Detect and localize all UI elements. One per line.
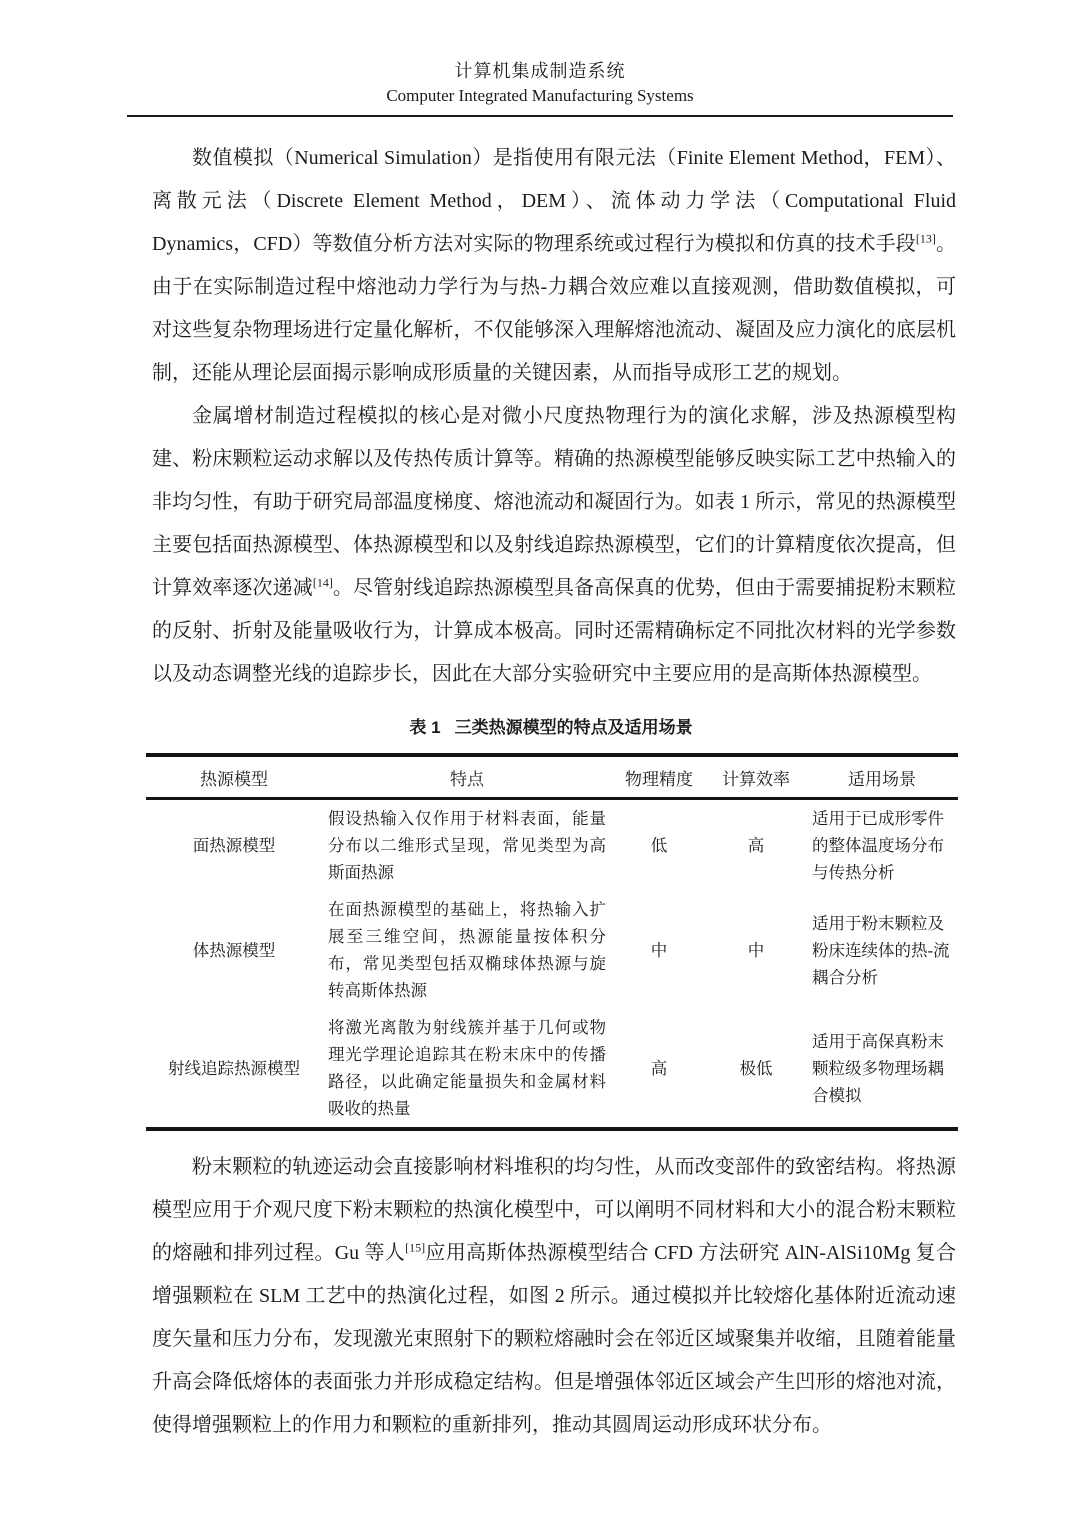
table-caption-title: 三类热源模型的特点及适用场景: [455, 718, 693, 737]
column-header-feature: 特点: [322, 755, 612, 799]
journal-title-en: Computer Integrated Manufacturing System…: [0, 84, 1080, 108]
journal-title-zh: 计算机集成制造系统: [0, 58, 1080, 84]
column-header-model: 热源模型: [146, 755, 322, 799]
document-page: 计算机集成制造系统 Computer Integrated Manufactur…: [0, 0, 1080, 1527]
table-caption-label: 表 1: [409, 718, 440, 737]
cell-accuracy: 中: [612, 891, 706, 1009]
paragraph-1: 数值模拟（Numerical Simulation）是指使用有限元法（Finit…: [152, 137, 956, 395]
cell-feature: 将激光离散为射线簇并基于几何或物理光学理论追踪其在粉末床中的传播路径，以此确定能…: [322, 1009, 612, 1129]
cell-model: 射线追踪热源模型: [146, 1009, 322, 1129]
paragraph-text: 。由于在实际制造过程中熔池动力学行为与热-力耦合效应难以直接观测，借助数值模拟，…: [152, 233, 956, 384]
table-row: 体热源模型 在面热源模型的基础上，将热输入扩展至三维空间，热源能量按体积分布，常…: [146, 891, 958, 1009]
cell-scenario: 适用于已成形零件的整体温度场分布与传热分析: [806, 799, 958, 892]
header-rule: [127, 115, 953, 117]
paragraph-3: 粉末颗粒的轨迹运动会直接影响材料堆积的均匀性，从而改变部件的致密结构。将热源模型…: [152, 1146, 956, 1447]
column-header-efficiency: 计算效率: [706, 755, 806, 799]
cell-feature: 假设热输入仅作用于材料表面，能量分布以二维形式呈现，常见类型为高斯面热源: [322, 799, 612, 892]
paragraph-2: 金属增材制造过程模拟的核心是对微小尺度热物理行为的演化求解，涉及热源模型构建、粉…: [152, 395, 956, 696]
page-header: 计算机集成制造系统 Computer Integrated Manufactur…: [0, 58, 1080, 117]
cell-accuracy: 高: [612, 1009, 706, 1129]
citation-superscript: [15]: [405, 1240, 425, 1254]
paragraph-text: 金属增材制造过程模拟的核心是对微小尺度热物理行为的演化求解，涉及热源模型构建、粉…: [152, 405, 956, 599]
citation-superscript: [13]: [916, 231, 936, 245]
page-content: 数值模拟（Numerical Simulation）是指使用有限元法（Finit…: [152, 137, 956, 1447]
cell-scenario: 适用于高保真粉末颗粒级多物理场耦合模拟: [806, 1009, 958, 1129]
cell-scenario: 适用于粉末颗粒及粉床连续体的热-流耦合分析: [806, 891, 958, 1009]
table-caption: 表 1三类热源模型的特点及适用场景: [146, 716, 956, 740]
column-header-scenario: 适用场景: [806, 755, 958, 799]
cell-accuracy: 低: [612, 799, 706, 892]
citation-superscript: [14]: [313, 575, 333, 589]
table-row: 面热源模型 假设热输入仅作用于材料表面，能量分布以二维形式呈现，常见类型为高斯面…: [146, 799, 958, 892]
column-header-accuracy: 物理精度: [612, 755, 706, 799]
paragraph-text: 应用高斯体热源模型结合 CFD 方法研究 AlN-AlSi10Mg 复合增强颗粒…: [152, 1242, 956, 1436]
paragraph-text: 数值模拟（Numerical Simulation）是指使用有限元法（Finit…: [152, 147, 956, 255]
cell-model: 面热源模型: [146, 799, 322, 892]
cell-efficiency: 极低: [706, 1009, 806, 1129]
cell-efficiency: 高: [706, 799, 806, 892]
cell-feature: 在面热源模型的基础上，将热输入扩展至三维空间，热源能量按体积分布，常见类型包括双…: [322, 891, 612, 1009]
table-header-row: 热源模型 特点 物理精度 计算效率 适用场景: [146, 755, 958, 799]
table-row: 射线追踪热源模型 将激光离散为射线簇并基于几何或物理光学理论追踪其在粉末床中的传…: [146, 1009, 958, 1129]
cell-model: 体热源模型: [146, 891, 322, 1009]
heat-source-models-table: 热源模型 特点 物理精度 计算效率 适用场景 面热源模型 假设热输入仅作用于材料…: [146, 753, 958, 1131]
cell-efficiency: 中: [706, 891, 806, 1009]
